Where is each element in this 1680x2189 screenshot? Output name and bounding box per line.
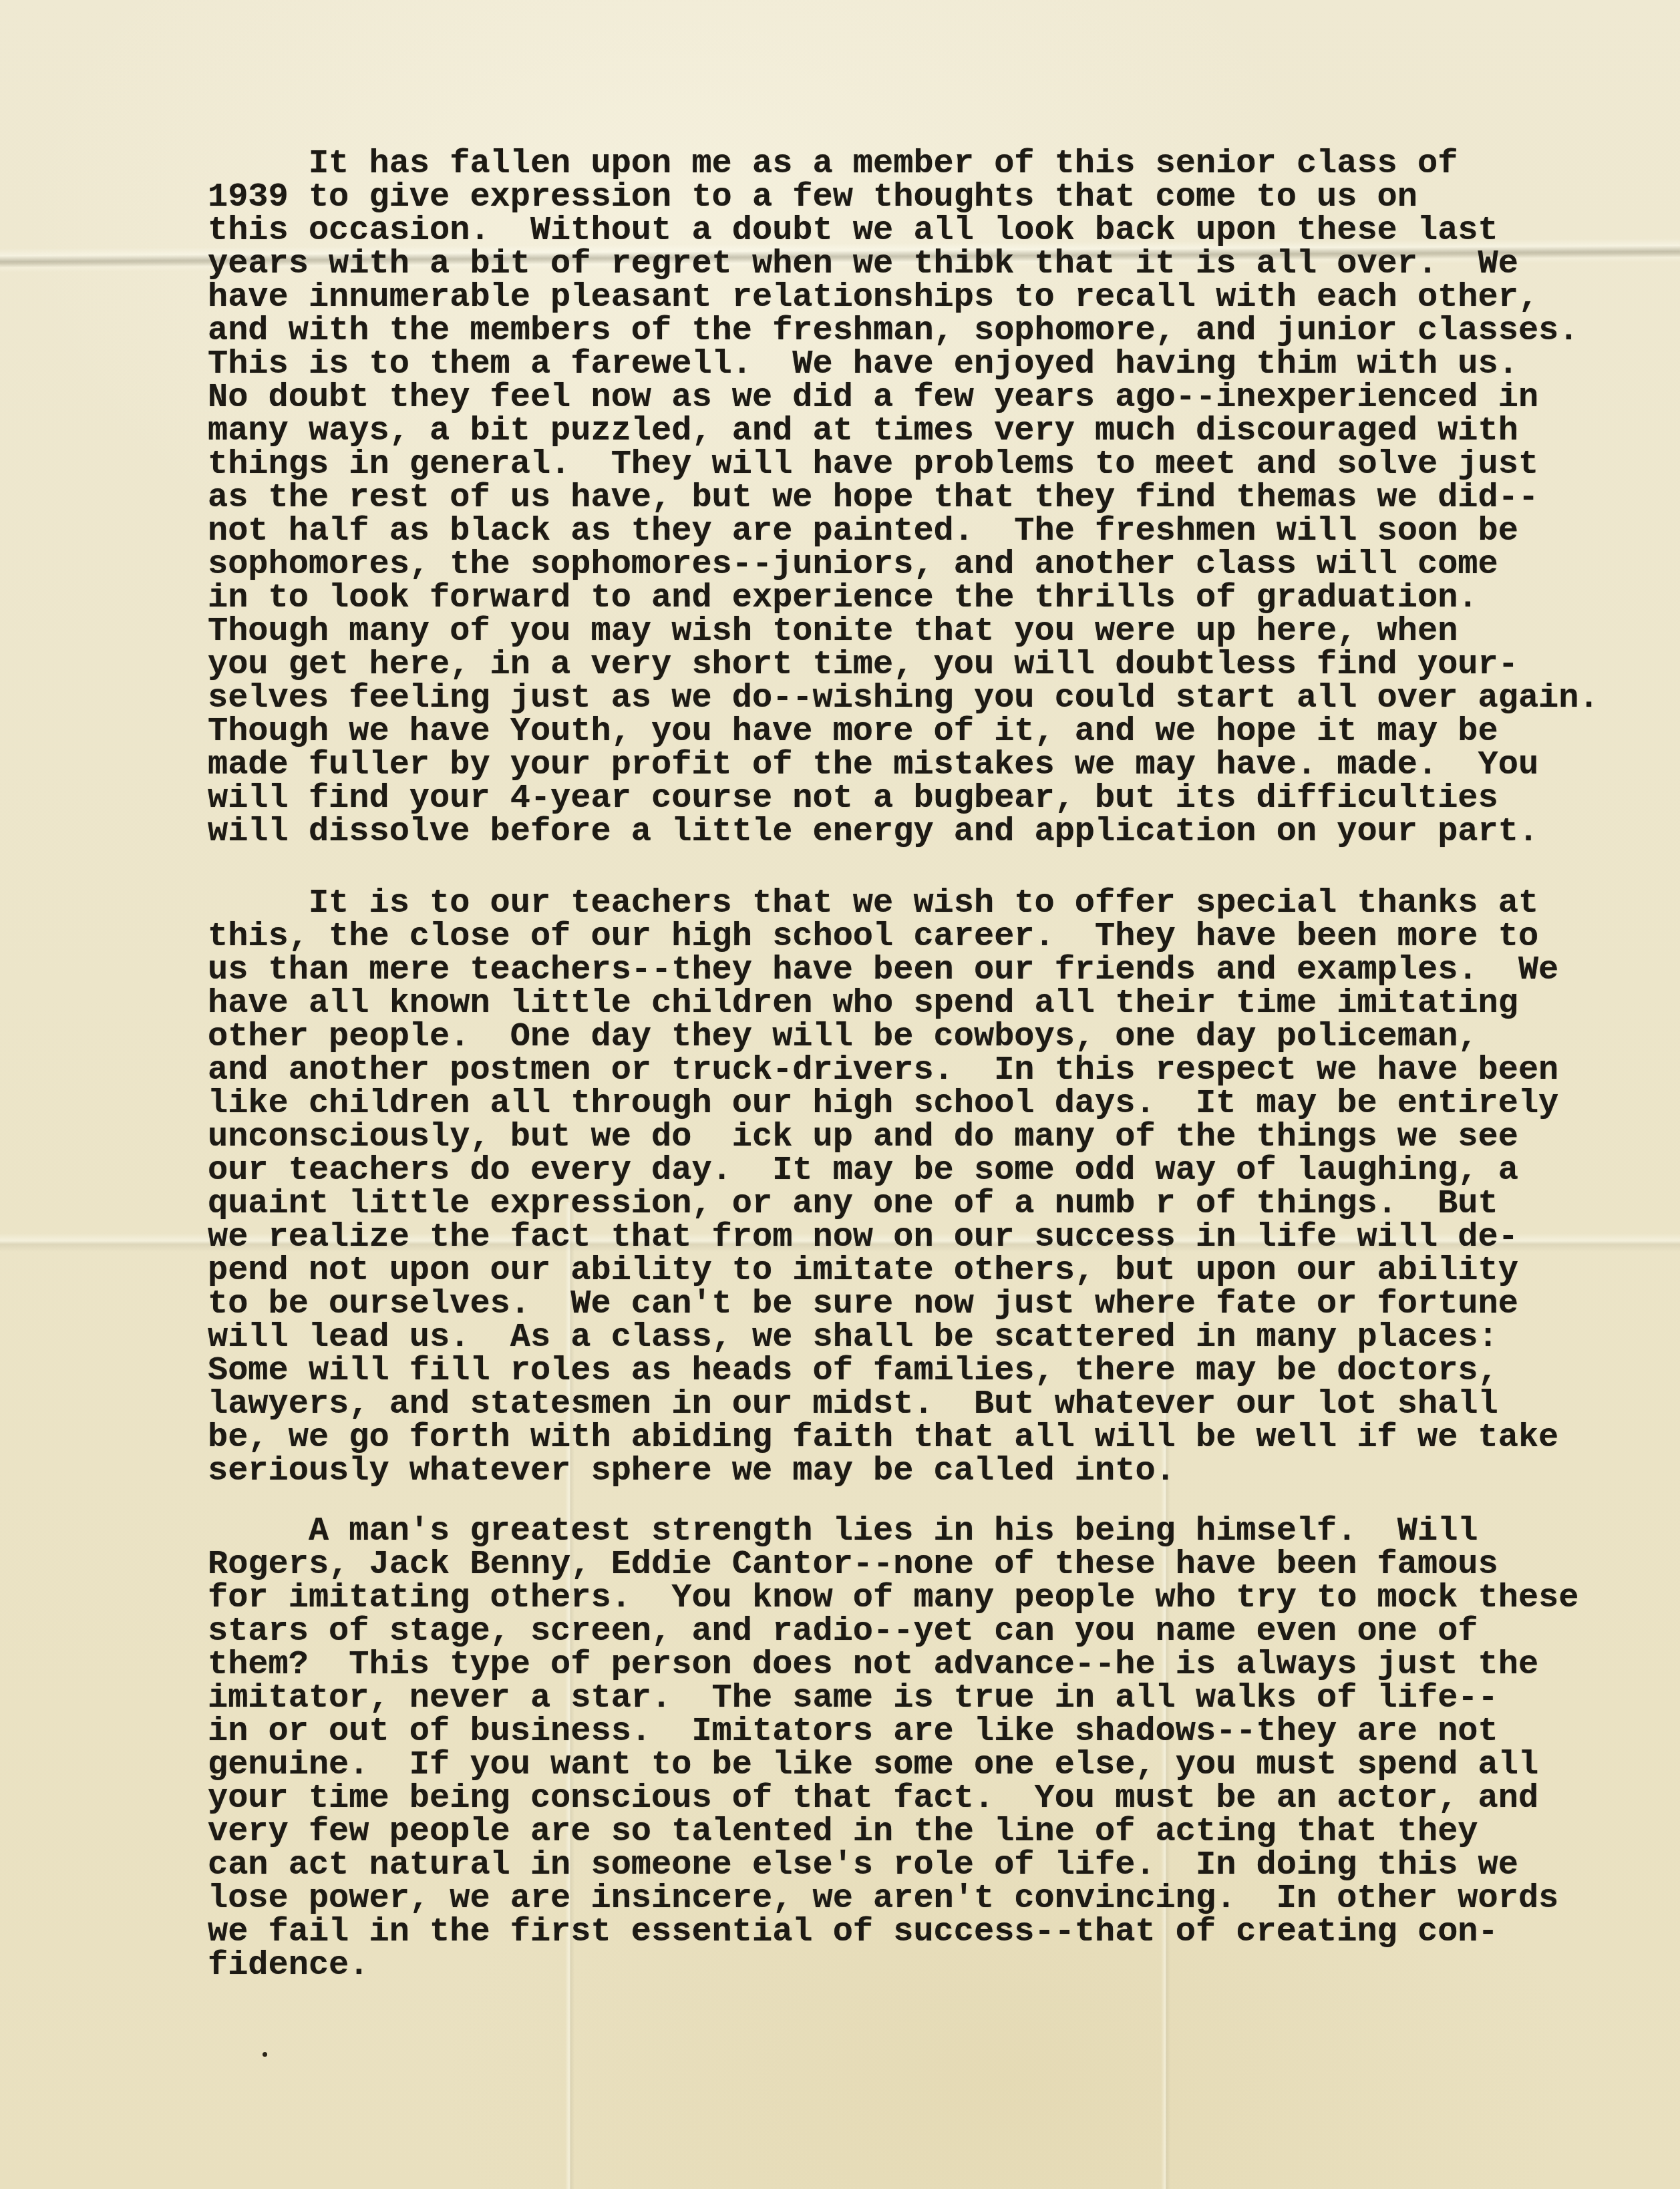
text-line: be, we go forth with abiding faith that … — [208, 1421, 1558, 1455]
text-line: and with the members of the freshman, so… — [208, 315, 1578, 348]
letter-body: It has fallen upon me as a member of thi… — [0, 0, 1680, 2189]
text-line: our teachers do every day. It may be som… — [208, 1154, 1518, 1188]
text-line: lose power, we are insincere, we aren't … — [208, 1882, 1558, 1916]
text-line: like children all through our high schoo… — [208, 1087, 1558, 1121]
text-line: have innumerable pleasant relationships … — [208, 281, 1538, 315]
text-line: and another postmen or truck-drivers. In… — [208, 1054, 1558, 1087]
text-line: sophomores, the sophomores--juniors, and… — [208, 548, 1498, 582]
text-line: in to look forward to and experience the… — [208, 582, 1478, 615]
text-line: years with a bit of regret when we thibk… — [208, 248, 1518, 281]
text-line: your time being conscious of that fact. … — [208, 1782, 1538, 1816]
text-line: pend not upon our ability to imitate oth… — [208, 1254, 1518, 1288]
text-line: unconsciously, but we do ick up and do m… — [208, 1121, 1518, 1154]
text-line: we realize the fact that from now on our… — [208, 1221, 1518, 1254]
text-line: things in general. They will have proble… — [208, 448, 1538, 482]
text-line: this occasion. Without a doubt we all lo… — [208, 214, 1498, 248]
text-line: in or out of business. Imitators are lik… — [208, 1715, 1498, 1749]
text-line: It has fallen upon me as a member of thi… — [208, 148, 1458, 181]
text-line: not half as black as they are painted. T… — [208, 515, 1518, 548]
typewritten-page: It has fallen upon me as a member of thi… — [0, 0, 1680, 2189]
text-line: them? This type of person does not advan… — [208, 1649, 1538, 1682]
text-line: us than mere teachers--they have been ou… — [208, 954, 1558, 987]
text-line: have all known little children who spend… — [208, 987, 1518, 1021]
text-line: Though many of you may wish tonite that … — [208, 615, 1458, 649]
text-line: lawyers, and statesmen in our midst. But… — [208, 1388, 1498, 1421]
text-line: This is to them a farewell. We have enjo… — [208, 348, 1518, 381]
text-line: A man's greatest strength lies in his be… — [208, 1515, 1478, 1548]
text-line: genuine. If you want to be like some one… — [208, 1749, 1538, 1782]
text-line: other people. One day they will be cowbo… — [208, 1021, 1478, 1054]
text-line: will find your 4-year course not a bugbe… — [208, 782, 1498, 816]
text-line: this, the close of our high school caree… — [208, 920, 1538, 954]
text-line: many ways, a bit puzzled, and at times v… — [208, 415, 1518, 448]
text-line: to be ourselves. We can't be sure now ju… — [208, 1288, 1518, 1321]
text-line: stars of stage, screen, and radio--yet c… — [208, 1615, 1478, 1649]
text-line: Rogers, Jack Benny, Eddie Cantor--none o… — [208, 1548, 1498, 1582]
text-line: No doubt they feel now as we did a few y… — [208, 381, 1538, 415]
text-line: It is to our teachers that we wish to of… — [208, 887, 1538, 920]
text-line: 1939 to give expression to a few thought… — [208, 181, 1417, 214]
text-line: will lead us. As a class, we shall be sc… — [208, 1321, 1498, 1355]
text-line: can act natural in someone else's role o… — [208, 1849, 1518, 1882]
text-line: Some will fill roles as heads of familie… — [208, 1355, 1498, 1388]
text-line: for imitating others. You know of many p… — [208, 1582, 1578, 1615]
text-line: fidence. — [208, 1949, 369, 1983]
text-line: we fail in the first essential of succes… — [208, 1916, 1498, 1949]
text-line: Though we have Youth, you have more of i… — [208, 715, 1498, 749]
text-line: selves feeling just as we do--wishing yo… — [208, 682, 1599, 715]
text-line: seriously whatever sphere we may be call… — [208, 1455, 1176, 1488]
text-line: very few people are so talented in the l… — [208, 1816, 1478, 1849]
text-line: you get here, in a very short time, you … — [208, 649, 1518, 682]
text-line: as the rest of us have, but we hope that… — [208, 482, 1538, 515]
text-line: made fuller by your profit of the mistak… — [208, 749, 1538, 782]
text-line: imitator, never a star. The same is true… — [208, 1682, 1498, 1715]
text-line: will dissolve before a little energy and… — [208, 816, 1538, 849]
text-line: quaint little expression, or any one of … — [208, 1188, 1498, 1221]
